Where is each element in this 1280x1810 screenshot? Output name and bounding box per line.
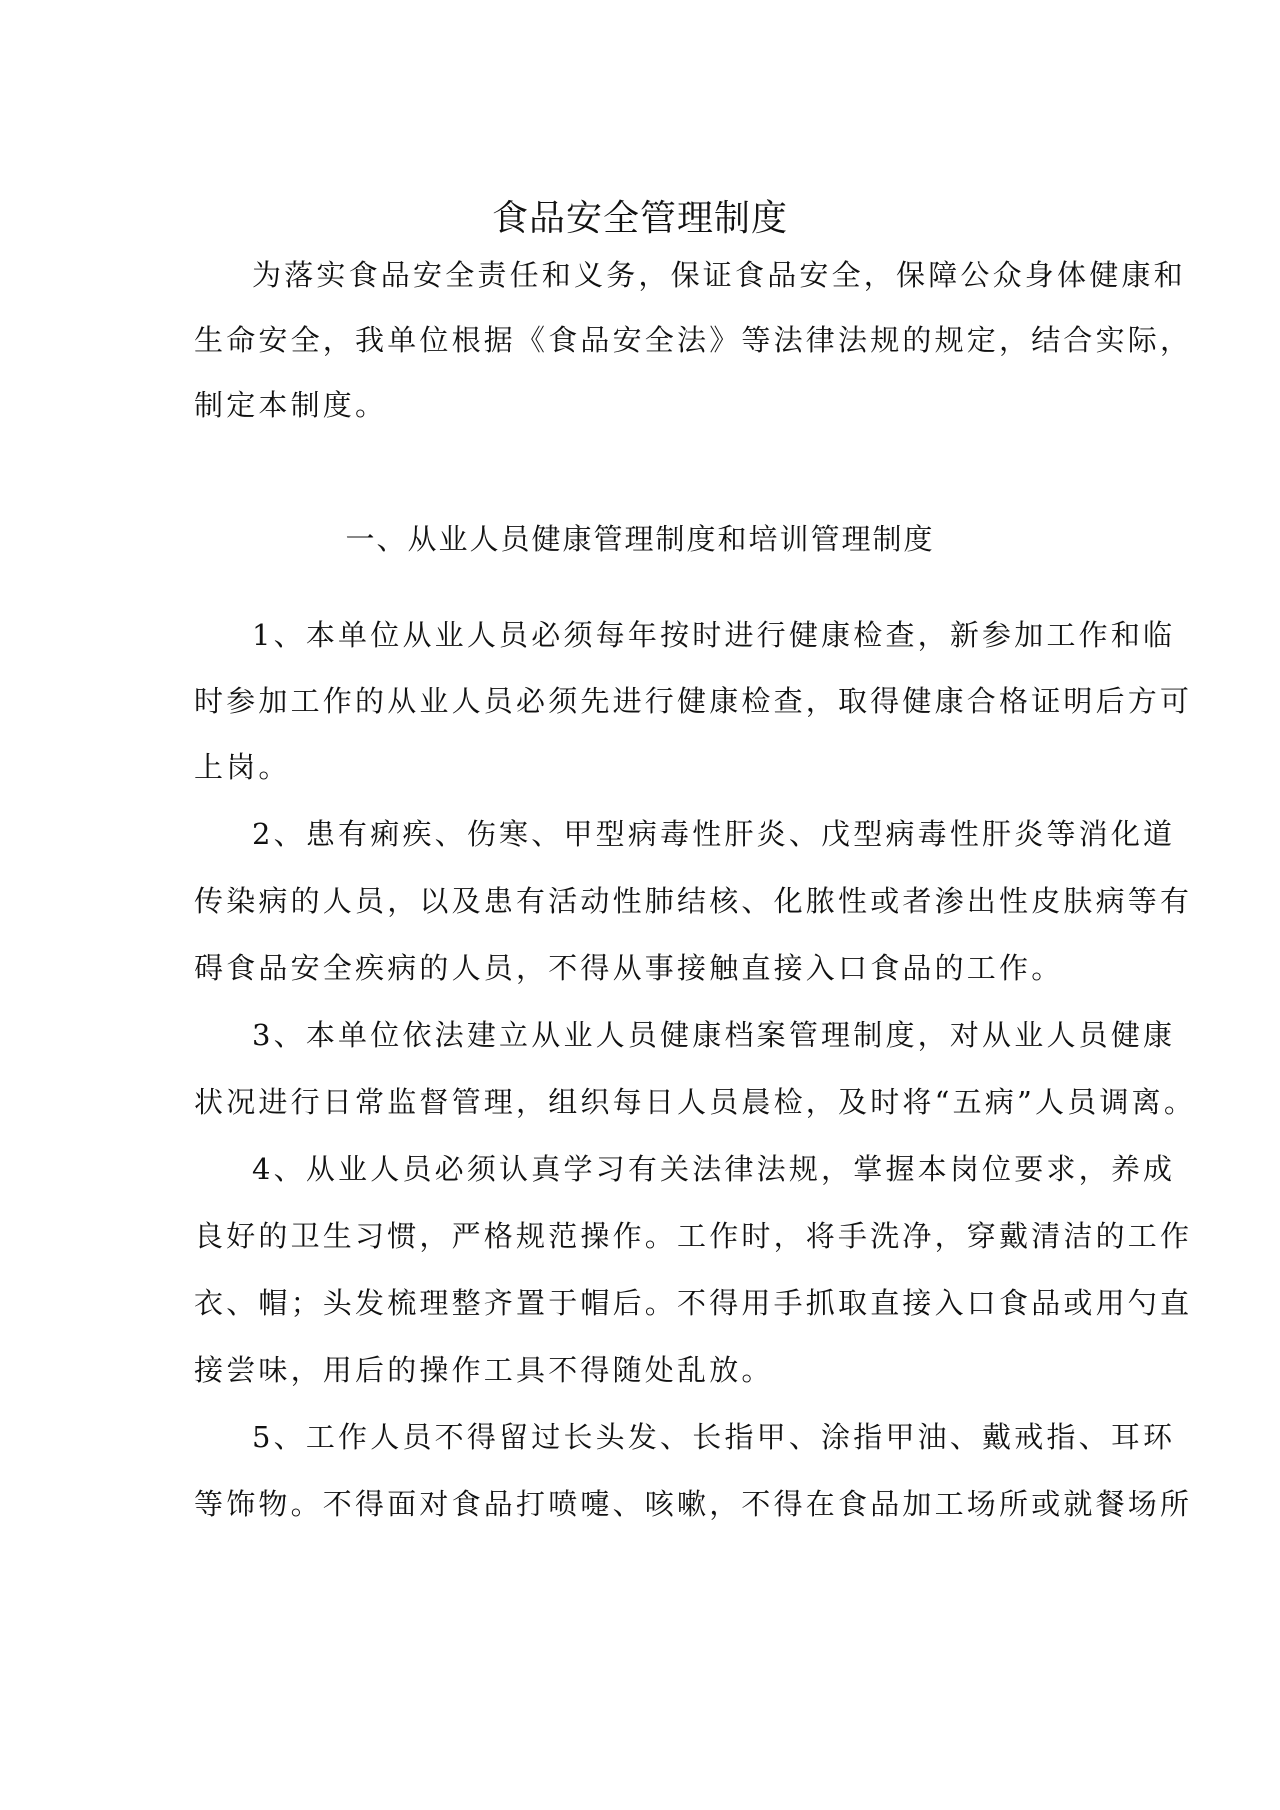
item-3-line-2: 状况进行日常监督管理，组织每日人员晨检，及时将“五病”人员调离。 [194,1080,984,1121]
item-1-line-1: 1、本单位从业人员必须每年按时进行健康检查，新参加工作和临 [194,613,1042,654]
item-4-line-4: 接尝味，用后的操作工具不得随处乱放。 [194,1348,984,1389]
item-5-line-2: 等饰物。不得面对食品打喷嚏、咳嗽，不得在食品加工场所或就餐场所 [194,1482,984,1523]
item-4-line-2: 良好的卫生习惯，严格规范操作。工作时，将手洗净，穿戴清洁的工作 [194,1214,984,1255]
item-5-line-1: 5、工作人员不得留过长头发、长指甲、涂指甲油、戴戒指、耳环 [194,1415,1042,1456]
document-page: 食品安全管理制度 为落实食品安全责任和义务，保证食品安全，保障公众身体健康和 生… [0,0,1280,1810]
item-1-line-2: 时参加工作的从业人员必须先进行健康检查，取得健康合格证明后方可 [194,679,984,720]
intro-line-3: 制定本制度。 [194,383,984,424]
item-4-line-1: 4、从业人员必须认真学习有关法律法规，掌握本岗位要求，养成 [194,1147,1042,1188]
item-4-line-3: 衣、帽；头发梳理整齐置于帽后。不得用手抓取直接入口食品或用勺直 [194,1281,984,1322]
item-1-line-3: 上岗。 [194,745,984,786]
item-3-line-1: 3、本单位依法建立从业人员健康档案管理制度，对从业人员健康 [194,1013,1042,1054]
item-2-line-1: 2、患有痢疾、伤寒、甲型病毒性肝炎、戊型病毒性肝炎等消化道 [194,812,1042,853]
item-2-line-2: 传染病的人员，以及患有活动性肺结核、化脓性或者渗出性皮肤病等有 [194,879,984,920]
item-2-line-3: 碍食品安全疾病的人员，不得从事接触直接入口食品的工作。 [194,946,984,987]
section-heading: 一、从业人员健康管理制度和培训管理制度 [0,517,1280,558]
document-title: 食品安全管理制度 [0,190,1280,241]
intro-line-2: 生命安全，我单位根据《食品安全法》等法律法规的规定，结合实际， [194,318,984,359]
intro-line-1: 为落实食品安全责任和义务，保证食品安全，保障公众身体健康和 [194,253,1042,294]
